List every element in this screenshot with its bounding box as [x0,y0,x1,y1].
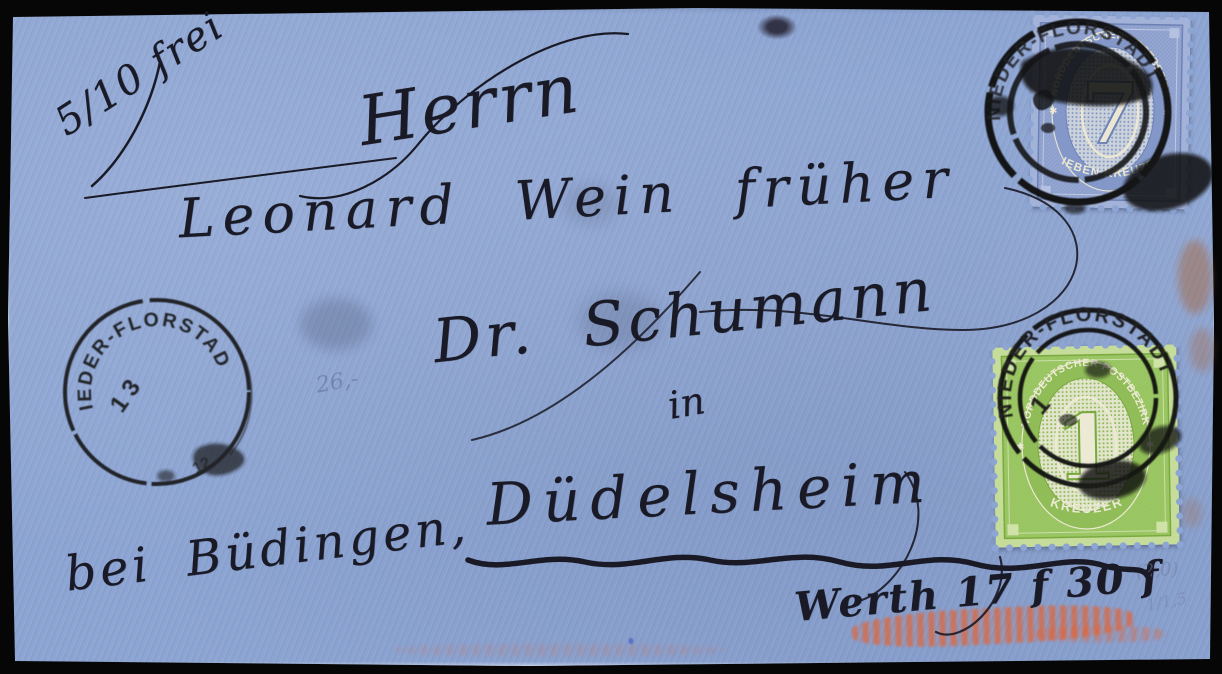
seven-kreuzer-stamp: 7 NORDDEUTSCHER POSTBEZIRK SIEBEN KREUZE… [1029,15,1190,210]
stamp-denomination: 7 [1080,63,1140,163]
corner-ornament [1167,188,1177,198]
star-ornament-right: ✱ [1163,108,1172,119]
corner-ornament [1004,359,1015,370]
corner-ornament [1043,26,1053,36]
stamp-denomination: 1 [1054,394,1118,501]
seven-kreuzer-stamp-art: 7 NORDDEUTSCHER POSTBEZIRK SIEBEN KREUZE… [1029,15,1190,210]
corner-ornament [1153,357,1164,368]
star-ornament-left: ✱ [1016,442,1025,453]
corner-ornament [1007,524,1018,535]
corner-ornament [1156,522,1167,533]
one-kreuzer-stamp: 1 NORDDEUTSCHER POSTBEZIRK KREUZER ✱ ✱ [992,344,1179,547]
corner-ornament [1041,186,1051,196]
preposition-in: in [665,381,708,425]
corner-ornament [1169,28,1179,38]
one-kreuzer-stamp-art: 1 NORDDEUTSCHER POSTBEZIRK KREUZER ✱ ✱ [992,344,1179,547]
star-ornament-right: ✱ [1146,440,1155,451]
star-ornament-left: ✱ [1049,106,1058,117]
faint-embossed-mark-1: (2,0) [1135,561,1179,582]
photo-background: 7 NORDDEUTSCHER POSTBEZIRK SIEBEN KREUZE… [0,0,1222,674]
